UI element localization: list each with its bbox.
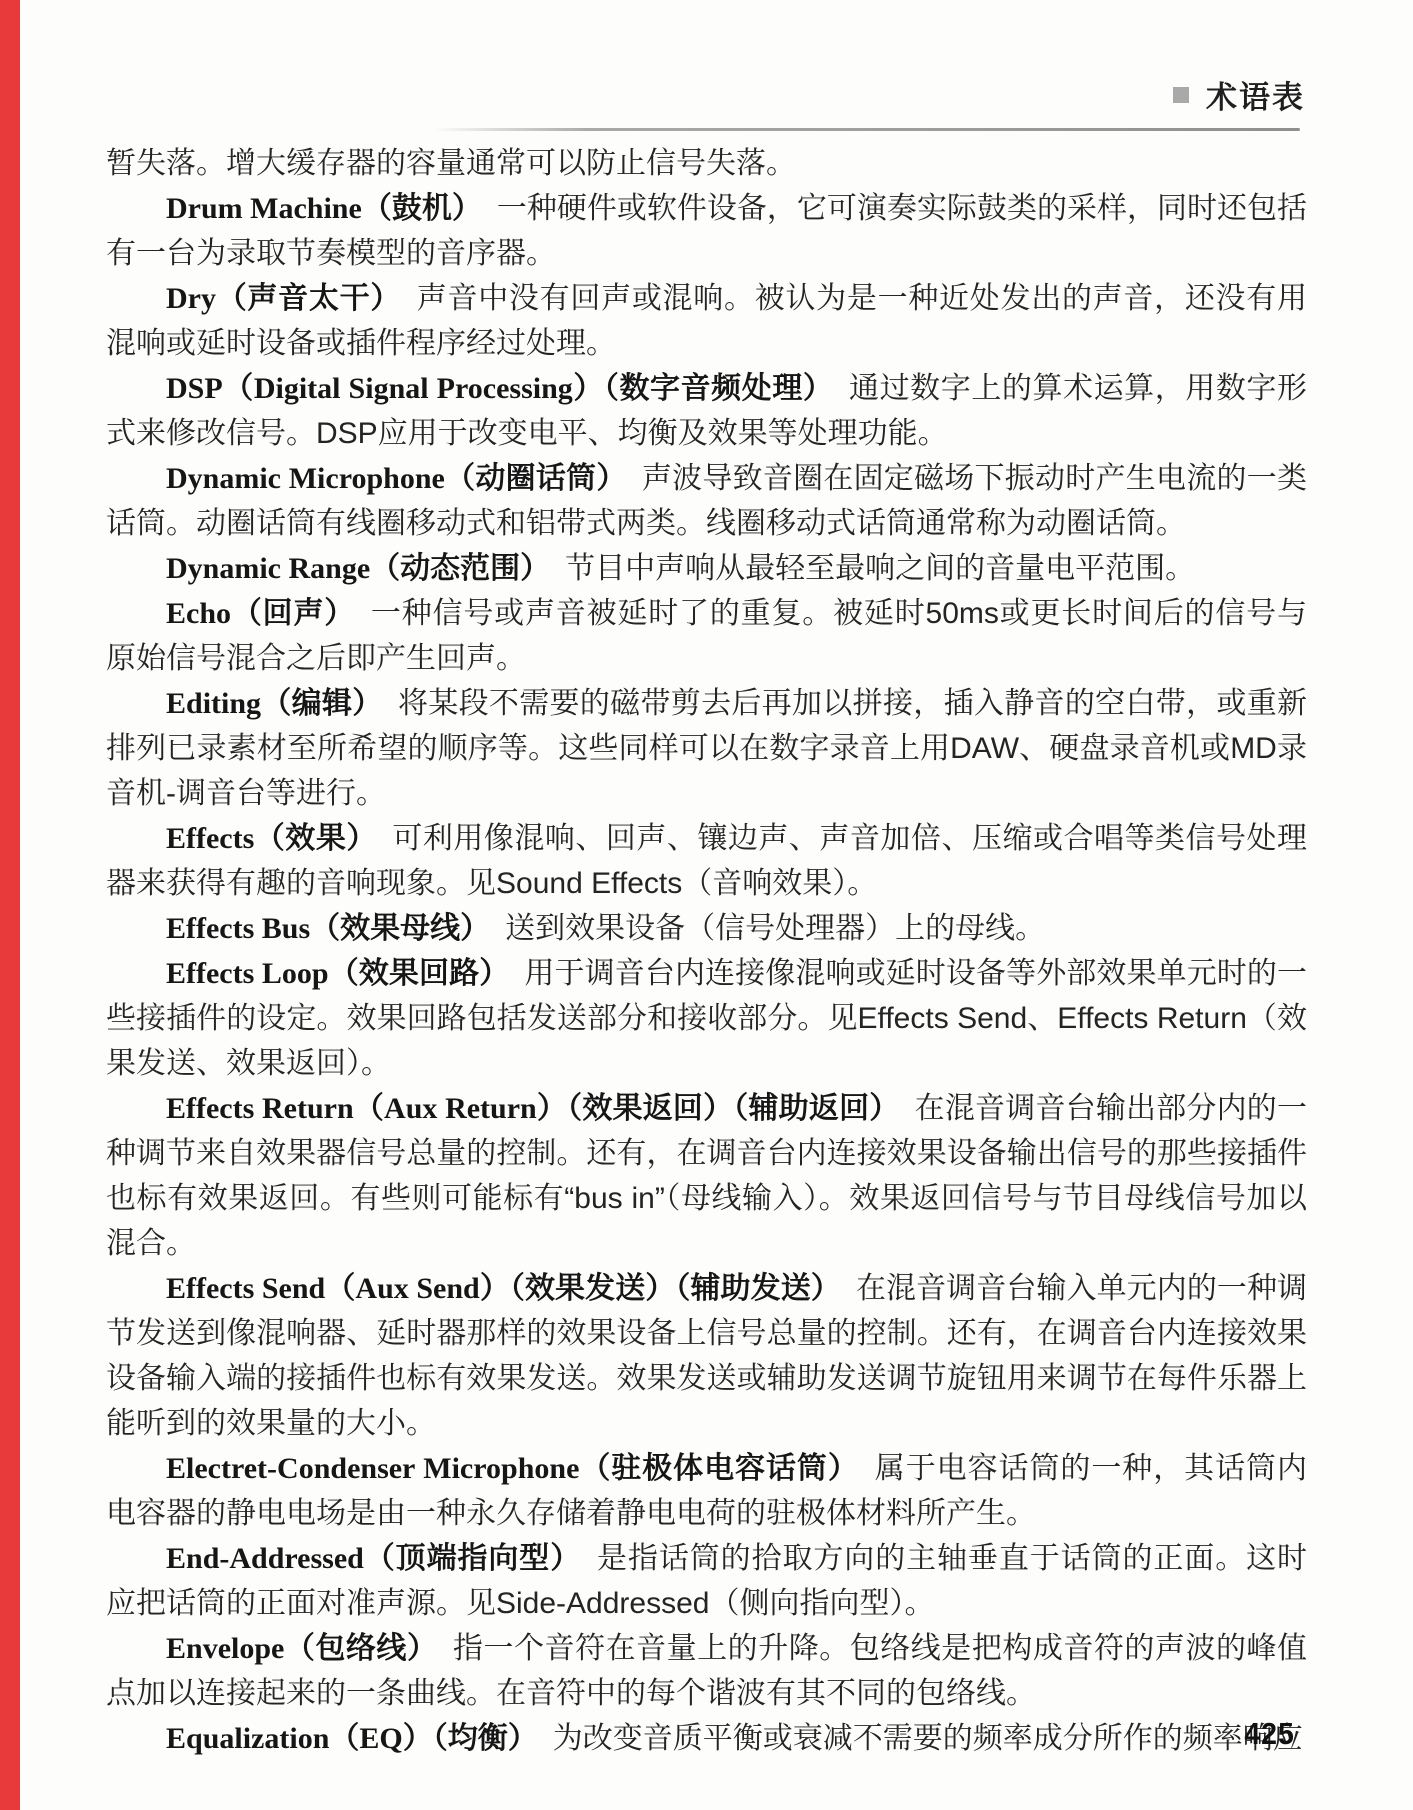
term-english: Electret-Condenser Microphone <box>166 1452 579 1485</box>
term-english: EQ <box>359 1722 402 1755</box>
term-english: Effects Send <box>166 1272 325 1305</box>
term-chinese-gloss: （ <box>329 1722 359 1755</box>
definition-text: 送到效果设备（信号处理器）上的母线。 <box>475 912 1045 945</box>
term-english: End-Addressed <box>166 1542 364 1575</box>
page-edge-strip <box>0 0 20 1810</box>
term-chinese-gloss: （ <box>223 372 254 405</box>
term-english: Editing <box>166 687 261 720</box>
term-english: Equalization <box>166 1722 329 1755</box>
term-chinese-gloss: （包络线） <box>284 1632 422 1665</box>
glossary-paragraph: 暂失落。增大缓存器的容量通常可以防止信号失落。 <box>106 141 1307 186</box>
term-chinese-gloss: （回声） <box>231 597 340 630</box>
term-english: Effects Return <box>166 1092 354 1125</box>
term-english: Aux Send <box>355 1272 479 1305</box>
term-chinese-gloss: （效果） <box>254 822 362 855</box>
glossary-paragraph: Editing（编辑） 将某段不需要的磁带剪去后再加以拼接，插入静音的空白带，或… <box>106 681 1307 816</box>
glossary-paragraph: End-Addressed（顶端指向型） 是指话筒的拾取方向的主轴垂直于话筒的正… <box>106 1536 1307 1626</box>
square-bullet-icon <box>1173 87 1189 103</box>
glossary-paragraph: Envelope（包络线） 指一个音符在音量上的升降。包络线是把构成音符的声波的… <box>106 1626 1307 1716</box>
term-english: Effects Bus <box>166 912 310 945</box>
glossary-paragraph: Dry（声音太干） 声音中没有回声或混响。被认为是一种近处发出的声音，还没有用混… <box>106 276 1307 366</box>
term-english: Envelope <box>166 1632 284 1665</box>
term-chinese-gloss: ）（均衡） <box>403 1722 523 1755</box>
page-number: 425 <box>1245 1716 1295 1752</box>
header-rule <box>432 128 1300 131</box>
term-chinese-gloss: （效果母线） <box>310 912 475 945</box>
glossary-paragraph: Echo（回声） 一种信号或声音被延时了的重复。被延时50ms或更长时间后的信号… <box>106 591 1307 681</box>
term-chinese-gloss: （驻极体电容话筒） <box>579 1452 843 1485</box>
term-chinese-gloss: （效果回路） <box>329 957 495 990</box>
term-english: Dynamic Microphone <box>166 462 445 495</box>
glossary-paragraph: Dynamic Range（动态范围） 节目中声响从最轻至最响之间的音量电平范围… <box>106 546 1307 591</box>
term-english: Digital Signal Processing <box>254 372 573 405</box>
term-english: Aux Return <box>384 1092 537 1125</box>
definition-text: 为改变音质平衡或衰减不需要的频率成分所作的频率响应 <box>523 1722 1303 1755</box>
term-chinese-gloss: ）（效果发送）（辅助发送） <box>480 1272 826 1305</box>
glossary-paragraph: Effects Loop（效果回路） 用于调音台内连接像混响或延时设备等外部效果… <box>106 951 1307 1086</box>
page-header-title: 术语表 <box>1206 72 1305 117</box>
term-english: Effects Loop <box>166 957 329 990</box>
glossary-paragraph: Electret-Condenser Microphone（驻极体电容话筒） 属… <box>106 1446 1307 1536</box>
term-chinese-gloss: （编辑） <box>261 687 368 720</box>
glossary-paragraph: Effects（效果） 可利用像混响、回声、镶边声、声音加倍、压缩或合唱等类信号… <box>106 816 1307 906</box>
glossary-paragraph: DSP（Digital Signal Processing）（数字音频处理） 通… <box>106 366 1307 456</box>
term-chinese-gloss: （动态范围） <box>370 552 535 585</box>
page-header: 术语表 <box>1173 72 1305 117</box>
glossary-content: 暂失落。增大缓存器的容量通常可以防止信号失落。Drum Machine（鼓机） … <box>106 141 1307 1761</box>
term-chinese-gloss: （ <box>354 1092 384 1125</box>
glossary-paragraph: Dynamic Microphone（动圈话筒） 声波导致音圈在固定磁场下振动时… <box>106 456 1307 546</box>
glossary-paragraph: Effects Bus（效果母线） 送到效果设备（信号处理器）上的母线。 <box>106 906 1307 951</box>
term-chinese-gloss: ）（数字音频处理） <box>573 372 819 405</box>
term-english: Dry <box>166 282 216 315</box>
term-english: Echo <box>166 597 231 630</box>
term-english: Effects <box>166 822 254 855</box>
definition-text: 节目中声响从最轻至最响之间的音量电平范围。 <box>535 552 1195 585</box>
glossary-paragraph: Equalization（EQ）（均衡） 为改变音质平衡或衰减不需要的频率成分所… <box>106 1716 1307 1761</box>
term-chinese-gloss: （ <box>325 1272 355 1305</box>
term-chinese-gloss: （动圈话筒） <box>445 462 612 495</box>
glossary-paragraph: Effects Send（Aux Send）（效果发送）（辅助发送） 在混音调音… <box>106 1266 1307 1446</box>
term-chinese-gloss: （顶端指向型） <box>364 1542 566 1575</box>
term-chinese-gloss: （鼓机） <box>362 192 467 225</box>
glossary-paragraph: Effects Return（Aux Return）（效果返回）（辅助返回） 在… <box>106 1086 1307 1266</box>
term-chinese-gloss: （声音太干） <box>216 282 386 315</box>
glossary-paragraph: Drum Machine（鼓机） 一种硬件或软件设备，它可演奏实际鼓类的采样，同… <box>106 186 1307 276</box>
definition-text: 暂失落。增大缓存器的容量通常可以防止信号失落。 <box>106 147 796 180</box>
term-english: DSP <box>166 372 223 405</box>
term-english: Drum Machine <box>166 192 362 225</box>
term-english: Dynamic Range <box>166 552 370 585</box>
term-chinese-gloss: ）（效果返回）（辅助返回） <box>537 1092 885 1125</box>
